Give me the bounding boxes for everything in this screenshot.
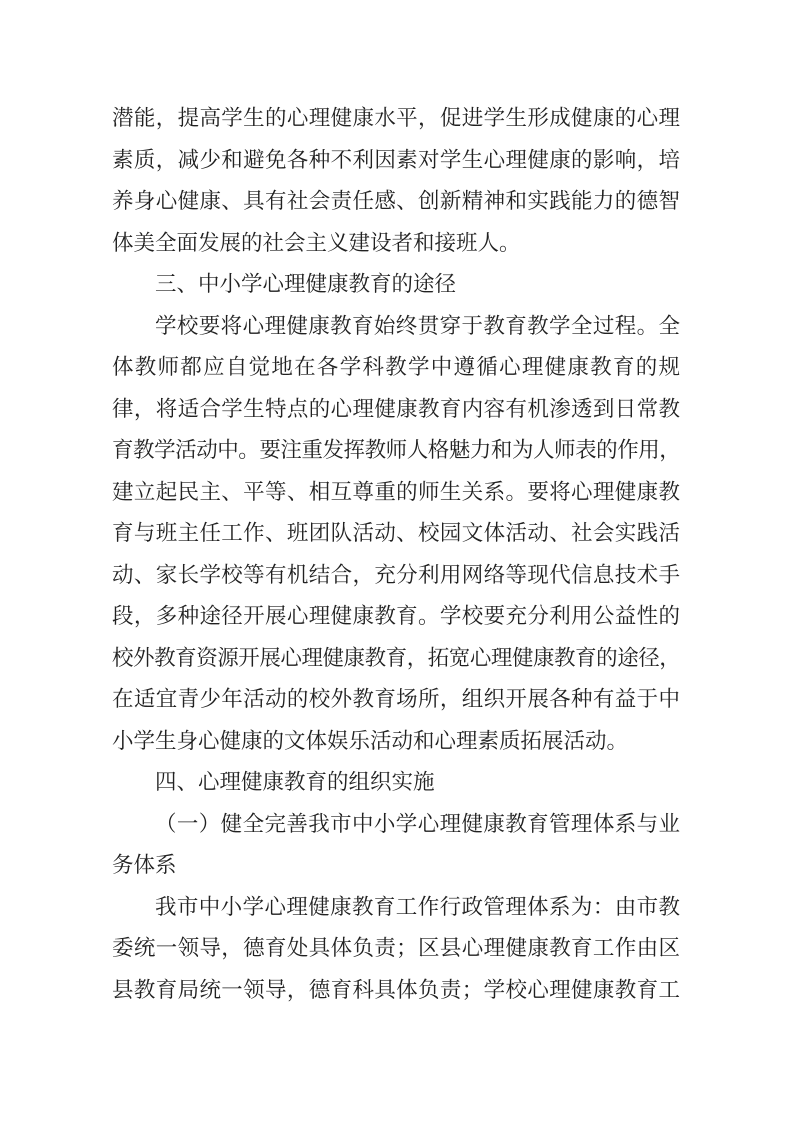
body-line: 我市中小学心理健康教育工作行政管理体系为：由市教 [112,887,680,929]
body-line: 体美全面发展的社会主义建设者和接班人。 [112,223,680,265]
section-heading-line: 三、中小学心理健康教育的途径 [112,264,680,306]
body-line: 县教育局统一领导，德育科具体负责；学校心理健康教育工 [112,970,680,1012]
document-text-block: 潜能，提高学生的心理健康水平，促进学生形成健康的心理 素质，减少和避免各种不利因… [112,98,680,1011]
body-line: 建立起民主、平等、相互尊重的师生关系。要将心理健康教 [112,472,680,514]
body-line: 育教学活动中。要注重发挥教师人格魅力和为人师表的作用， [112,430,680,472]
subsection-heading-line: （一）健全完善我市中小学心理健康教育管理体系与业 [112,804,680,846]
body-line: 小学生身心健康的文体娱乐活动和心理素质拓展活动。 [112,721,680,763]
section-heading-line: 四、心理健康教育的组织实施 [112,762,680,804]
body-line: 律，将适合学生特点的心理健康教育内容有机渗透到日常教 [112,389,680,431]
body-line: 潜能，提高学生的心理健康水平，促进学生形成健康的心理 [112,98,680,140]
document-page: 潜能，提高学生的心理健康水平，促进学生形成健康的心理 素质，减少和避免各种不利因… [0,0,793,1122]
body-line: 动、家长学校等有机结合，充分利用网络等现代信息技术手 [112,555,680,597]
body-line: 育与班主任工作、班团队活动、校园文体活动、社会实践活 [112,513,680,555]
body-line: 体教师都应自觉地在各学科教学中遵循心理健康教育的规 [112,347,680,389]
body-line: 委统一领导，德育处具体负责；区县心理健康教育工作由区 [112,928,680,970]
body-line: 段，多种途径开展心理健康教育。学校要充分利用公益性的 [112,596,680,638]
body-line: 素质，减少和避免各种不利因素对学生心理健康的影响，培 [112,140,680,182]
body-line: 校外教育资源开展心理健康教育，拓宽心理健康教育的途径， [112,638,680,680]
body-line: 学校要将心理健康教育始终贯穿于教育教学全过程。全 [112,306,680,348]
subsection-heading-line: 务体系 [112,845,680,887]
body-line: 养身心健康、具有社会责任感、创新精神和实践能力的德智 [112,181,680,223]
body-line: 在适宜青少年活动的校外教育场所，组织开展各种有益于中 [112,679,680,721]
